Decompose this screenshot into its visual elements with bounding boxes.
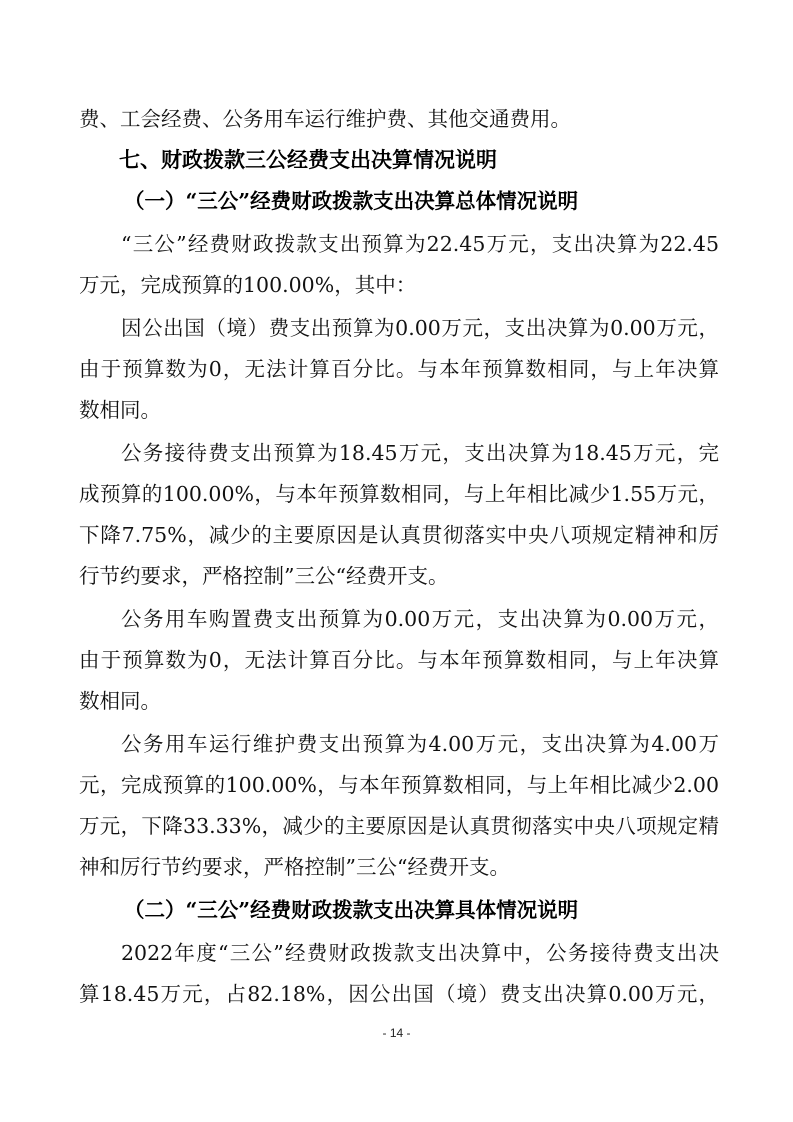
paragraph-line: 公务接待费支出预算为18.45万元，支出决算为18.45万元，完 bbox=[121, 440, 719, 466]
document-page: 费、工会经费、公务用车运行维护费、其他交通费用。 七、财政拨款三公经费支出决算情… bbox=[0, 0, 793, 1122]
paragraph-line: 数相同。 bbox=[79, 688, 719, 714]
subsection-heading-1: （一）“三公”经费财政拨款支出决算总体情况说明 bbox=[124, 188, 578, 214]
paragraph-line: 数相同。 bbox=[79, 397, 719, 423]
paragraph-line: 2022年度“三公”经费财政拨款支出决算中，公务接待费支出决 bbox=[121, 940, 719, 966]
subsection-heading-2: （二）“三公”经费财政拨款支出决算具体情况说明 bbox=[124, 897, 578, 923]
paragraph-line: 公务用车购置费支出预算为0.00万元，支出决算为0.00万元， bbox=[121, 606, 719, 632]
body-line: 费、工会经费、公务用车运行维护费、其他交通费用。 bbox=[79, 106, 719, 132]
paragraph-line: 下降7.75%，减少的主要原因是认真贯彻落实中央八项规定精神和厉 bbox=[79, 522, 719, 548]
paragraph-line: 算18.45万元，占82.18%，因公出国（境）费支出决算0.00万元， bbox=[79, 981, 719, 1007]
paragraph-line: 万元，完成预算的100.00%，其中： bbox=[79, 272, 719, 298]
paragraph-line: 行节约要求，严格控制”三公“经费开支。 bbox=[79, 563, 719, 589]
paragraph-line: 元，完成预算的100.00%，与本年预算数相同，与上年相比减少2.00 bbox=[79, 772, 719, 798]
paragraph-line: 由于预算数为0，无法计算百分比。与本年预算数相同，与上年决算 bbox=[79, 647, 719, 673]
paragraph-line: 成预算的100.00%，与本年预算数相同，与上年相比减少1.55万元， bbox=[79, 481, 719, 507]
paragraph-line: “三公”经费财政拨款支出预算为22.45万元，支出决算为22.45 bbox=[121, 231, 719, 257]
section-heading: 七、财政拨款三公经费支出决算情况说明 bbox=[119, 147, 497, 173]
paragraph-line: 由于预算数为0，无法计算百分比。与本年预算数相同，与上年决算 bbox=[79, 356, 719, 382]
paragraph-line: 公务用车运行维护费支出预算为4.00万元，支出决算为4.00万 bbox=[121, 731, 719, 757]
paragraph-line: 神和厉行节约要求，严格控制”三公“经费开支。 bbox=[79, 854, 719, 880]
paragraph-line: 因公出国（境）费支出预算为0.00万元，支出决算为0.00万元， bbox=[121, 315, 719, 341]
page-number: - 14 - bbox=[0, 1026, 793, 1040]
paragraph-line: 万元，下降33.33%，减少的主要原因是认真贯彻落实中央八项规定精 bbox=[79, 813, 719, 839]
